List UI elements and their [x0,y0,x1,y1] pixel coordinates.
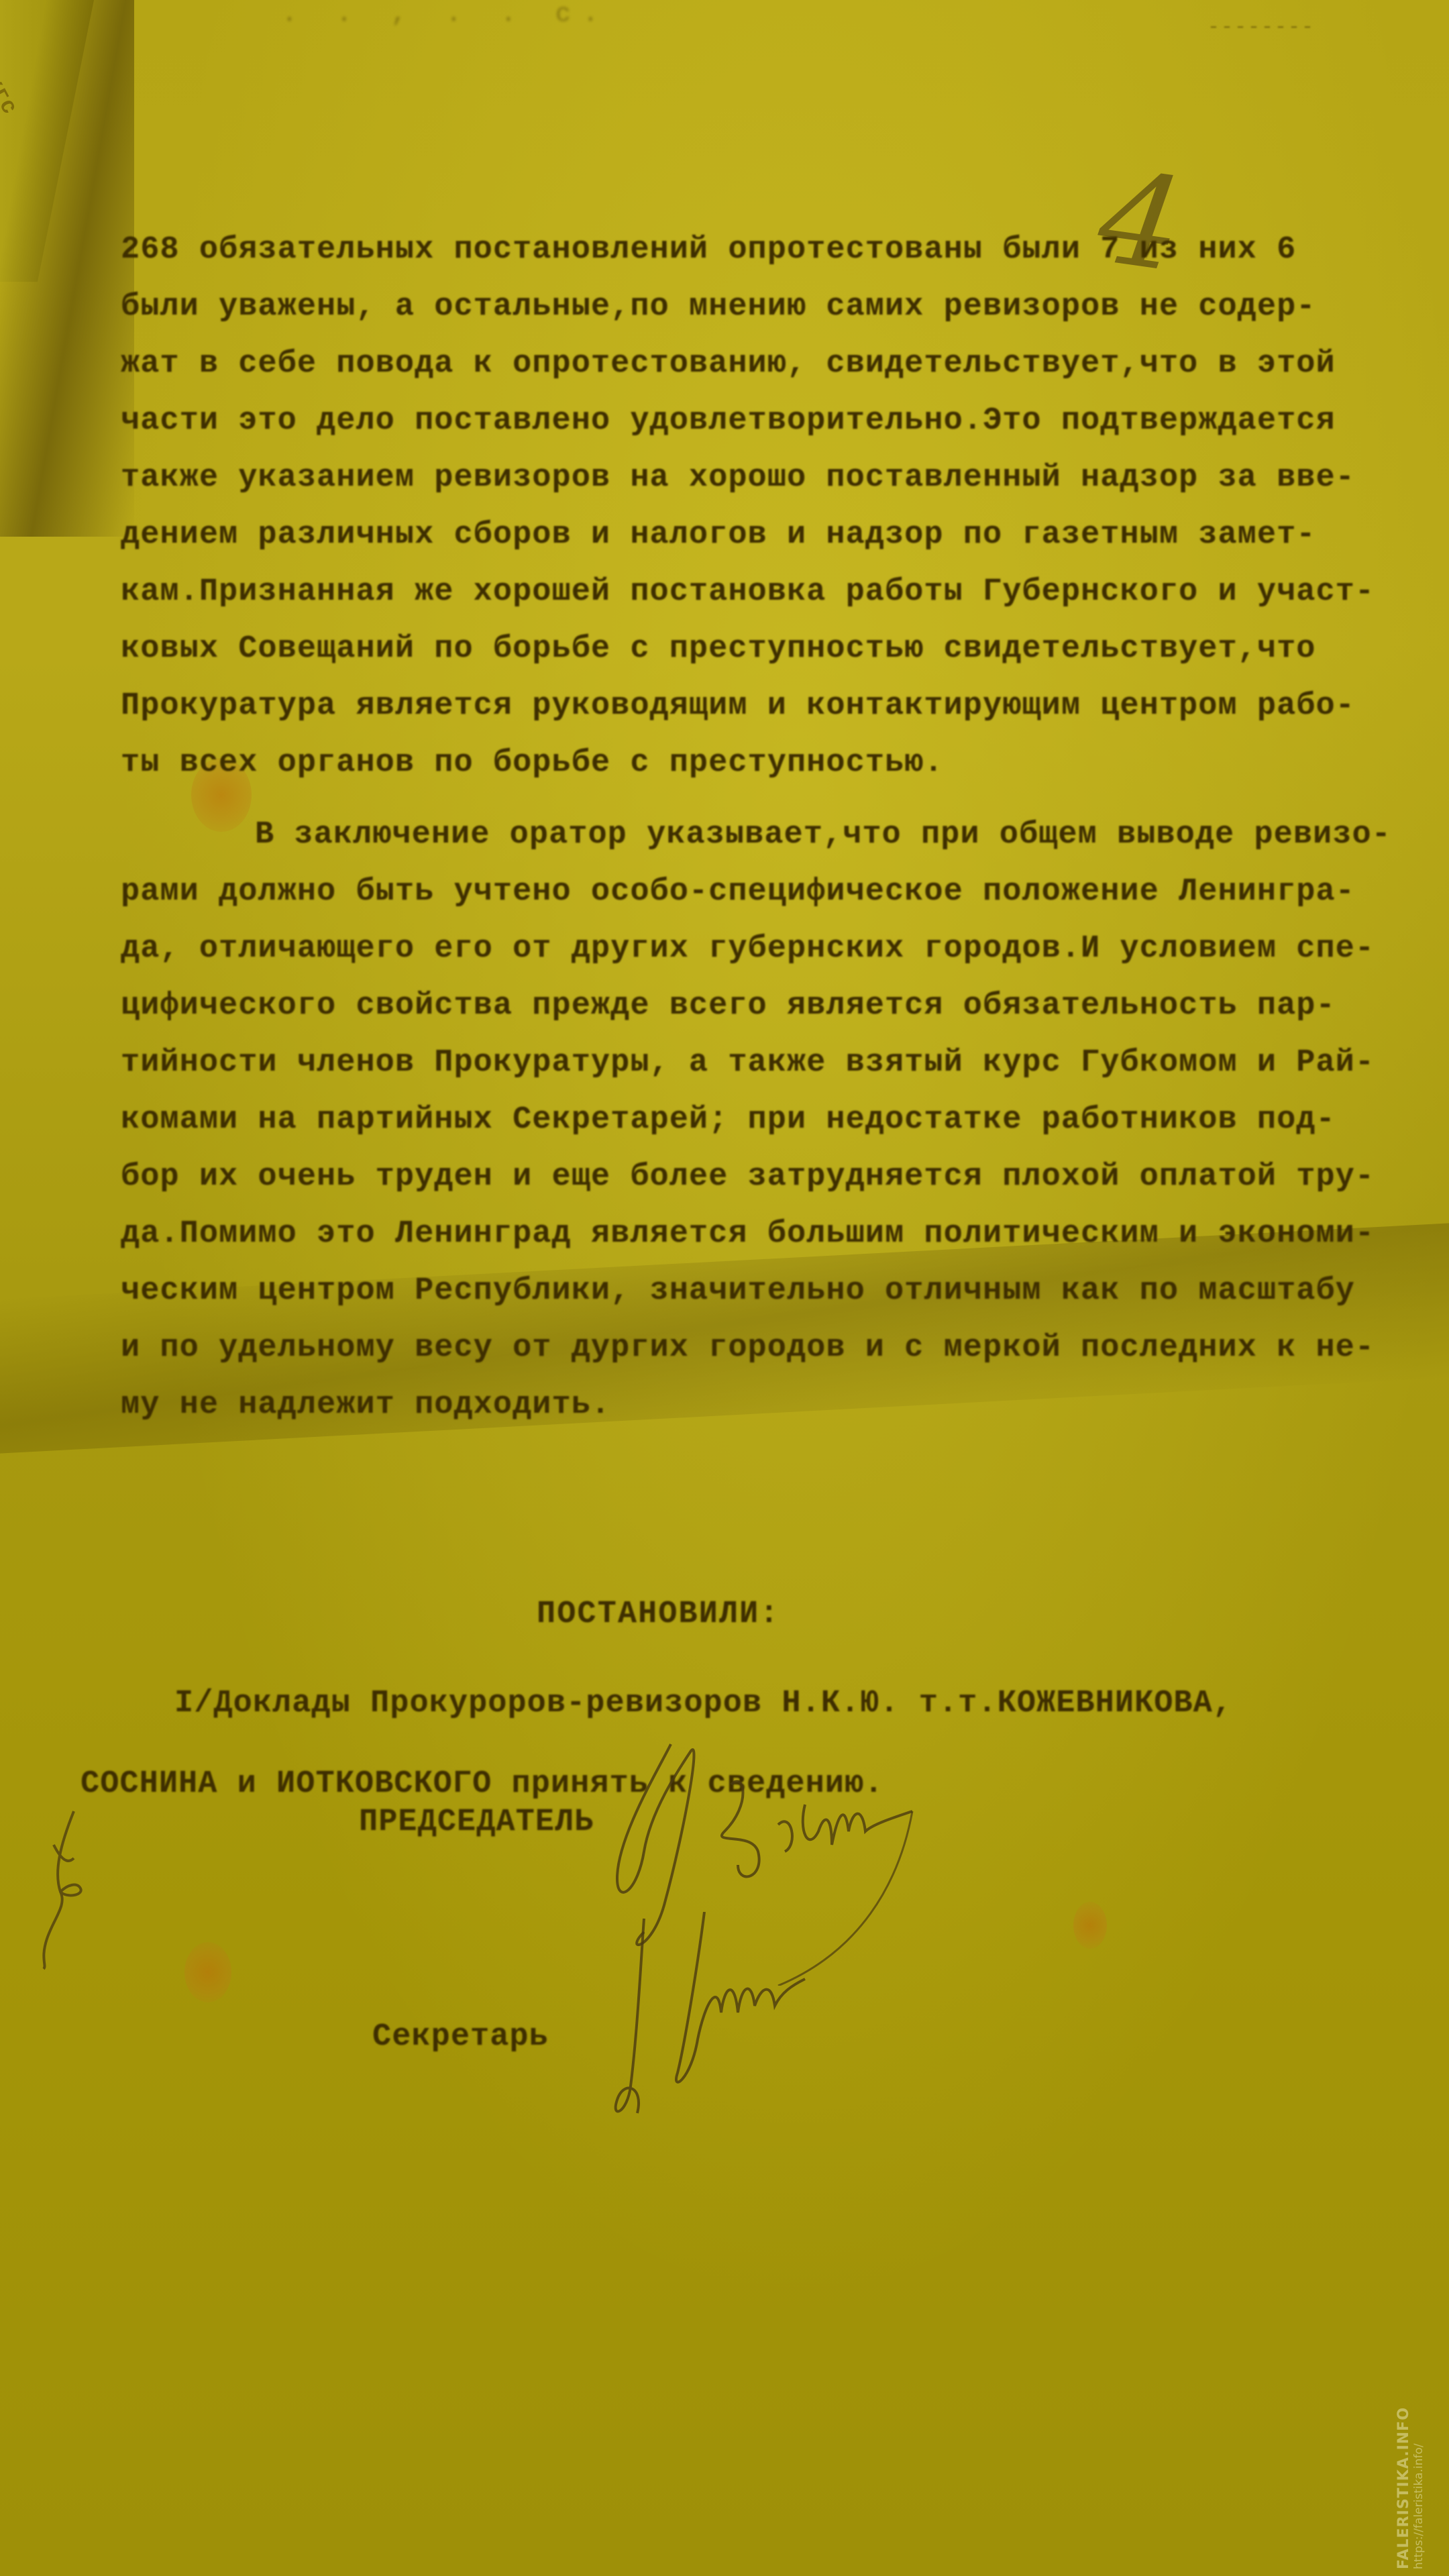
resolution-text: I/Доклады Прокуроров-ревизоров Н.К.Ю. т.… [80,1664,1232,1825]
stain-mark [184,1942,231,2002]
resolution-line: I/Доклады Прокуроров-ревизоров Н.К.Ю. т.… [80,1664,1232,1744]
chairman-label: ПРЕДСЕДАТЕЛЬ [359,1805,594,1840]
conclusion-line: да, отличающего его от других губернских… [121,920,1395,977]
body-line: также указанием ревизоров на хорошо пост… [121,449,1395,506]
stain-mark [1073,1902,1107,1949]
conclusion-line: тийности членов Прокуратуры, а также взя… [121,1034,1395,1091]
header-dash: -------- [1207,16,1315,39]
watermark-url: https://faleristika.info/ [1412,2407,1426,2569]
conclusion-line: му не надлежит подходить. [121,1377,1395,1434]
conclusion-line: рами должно быть учтено особо-специфичес… [121,863,1395,920]
body-line: дением различных сборов и налогов и надз… [121,506,1395,563]
body-line: жат в себе повода к опротестованию, свид… [121,335,1395,392]
body-line: ты всех органов по борьбе с преступность… [121,735,1395,792]
resolution-line: СОСНИНА и ИОТКОВСКОГО принять к сведению… [80,1744,1232,1825]
conclusion-line: ческим центром Республики, значительно о… [121,1263,1395,1320]
secretary-label: Секретарь [372,2019,549,2055]
body-line: 268 обязательных постановлений опротесто… [121,221,1395,278]
conclusion-line: и по удельному весу от дургих городов и … [121,1320,1395,1377]
watermark-brand: FALERISTIKA.INFO [1395,2407,1412,2569]
watermark: FALERISTIKA.INFO https://faleristika.inf… [1395,2407,1426,2569]
body-line: части это дело поставлено удовлетворител… [121,392,1395,449]
conclusion-line: бор их очень труден и еще более затрудня… [121,1148,1395,1205]
conclusion-line: комами на партийных Секретарей; при недо… [121,1091,1395,1148]
header-fragment: . . , . . с. [282,0,610,29]
body-line: ковых Совещаний по борьбе с преступность… [121,621,1395,678]
body-line: были уважены, а остальные,по мнению сами… [121,278,1395,335]
conclusion-line: да.Помимо это Ленинград является большим… [121,1205,1395,1263]
body-line: кам.Признанная же хорошей постановка раб… [121,563,1395,621]
resolution-heading: ПОСТАНОВИЛИ: [537,1597,780,1632]
body-text: 268 обязательных постановлений опротесто… [121,221,1395,1434]
body-line: Прокуратура является руководящим и конта… [121,678,1395,735]
conclusion-line: В заключение оратор указывает,что при об… [121,806,1395,863]
conclusion-line: цифического свойства прежде всего являет… [121,977,1395,1034]
